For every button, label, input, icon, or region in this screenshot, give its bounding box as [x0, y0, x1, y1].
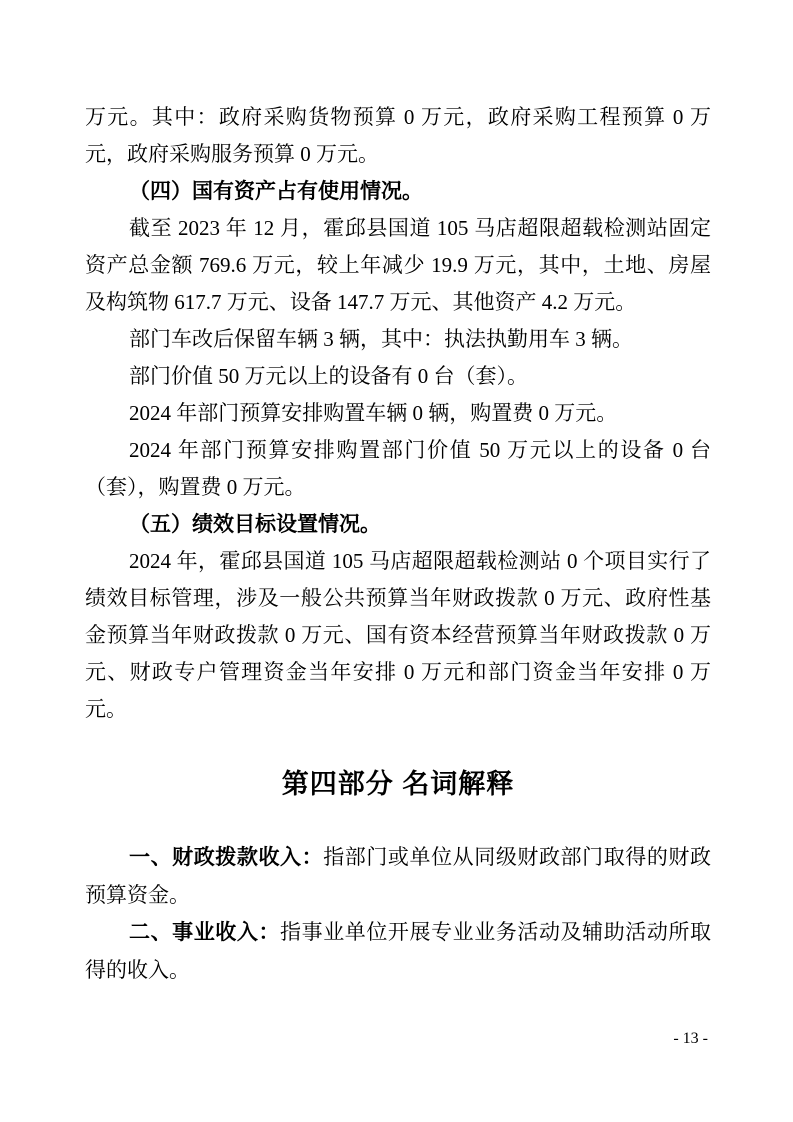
part4-title: 第四部分 名词解释 — [85, 762, 711, 806]
paragraph-vehicle-purchase-2024: 2024 年部门预算安排购置车辆 0 辆，购置费 0 万元。 — [85, 395, 711, 432]
paragraph-fixed-assets: 截至 2023 年 12 月，霍邱县国道 105 马店超限超载检测站固定资产总金… — [85, 210, 711, 321]
term-lead-operational-income: 二、事业收入： — [129, 921, 280, 944]
page-number: - 13 - — [673, 1029, 708, 1049]
paragraph-procurement-continuation: 万元。其中：政府采购货物预算 0 万元，政府采购工程预算 0 万元，政府采购服务… — [85, 99, 711, 173]
document-body: 万元。其中：政府采购货物预算 0 万元，政府采购工程预算 0 万元，政府采购服务… — [85, 99, 711, 989]
subheading-performance-targets: （五）绩效目标设置情况。 — [85, 506, 711, 543]
paragraph-performance-management: 2024 年，霍邱县国道 105 马店超限超载检测站 0 个项目实行了绩效目标管… — [85, 543, 711, 728]
paragraph-equipment-over-50: 部门价值 50 万元以上的设备有 0 台（套）。 — [85, 358, 711, 395]
document-page: 万元。其中：政府采购货物预算 0 万元，政府采购工程预算 0 万元，政府采购服务… — [0, 0, 793, 1122]
paragraph-equipment-purchase-2024: 2024 年部门预算安排购置部门价值 50 万元以上的设备 0 台（套），购置费… — [85, 432, 711, 506]
term-definition-operational-income: 二、事业收入：指事业单位开展专业业务活动及辅助活动所取得的收入。 — [85, 914, 711, 989]
subheading-state-assets: （四）国有资产占有使用情况。 — [85, 173, 711, 210]
term-definition-fiscal-appropriation: 一、财政拨款收入：指部门或单位从同级财政部门取得的财政预算资金。 — [85, 839, 711, 914]
paragraph-retained-vehicles: 部门车改后保留车辆 3 辆，其中：执法执勤用车 3 辆。 — [85, 321, 711, 358]
term-lead-fiscal-appropriation: 一、财政拨款收入： — [129, 846, 323, 869]
